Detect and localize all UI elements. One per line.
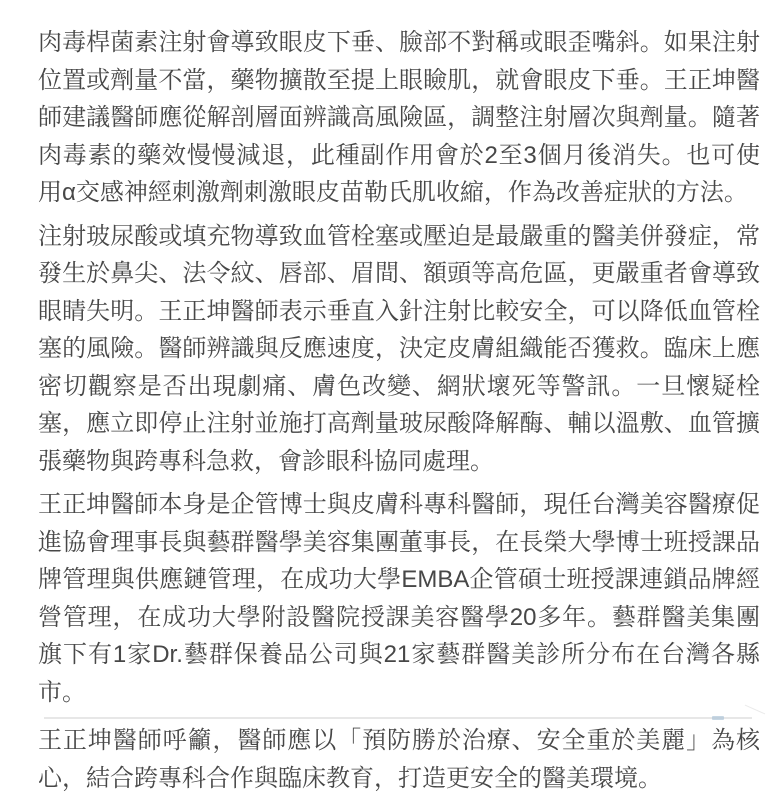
page: { "article": { "paragraphs": [ "肉毒桿菌素注射會… xyxy=(0,0,778,810)
article-paragraph-4: 王正坤醫師呼籲，醫師應以「預防勝於治療、安全重於美麗」為核心，結合跨專科合作與臨… xyxy=(38,722,760,797)
article-paragraph-1: 肉毒桿菌素注射會導致眼皮下垂、臉部不對稱或眼歪嘴斜。如果注射位置或劑量不當，藥物… xyxy=(38,24,760,212)
article-body: 肉毒桿菌素注射會導致眼皮下垂、臉部不對稱或眼歪嘴斜。如果注射位置或劑量不當，藥物… xyxy=(38,24,760,803)
article-paragraph-2: 注射玻尿酸或填充物導致血管栓塞或壓迫是最嚴重的醫美併發症，常發生於鼻尖、法令紋、… xyxy=(38,218,760,481)
section-divider xyxy=(44,717,752,719)
divider-artifact-tick xyxy=(712,716,724,720)
article-paragraph-3: 王正坤醫師本身是企管博士與皮膚科專科醫師，現任台灣美容醫療促進協會理事長與藝群醫… xyxy=(38,486,760,711)
